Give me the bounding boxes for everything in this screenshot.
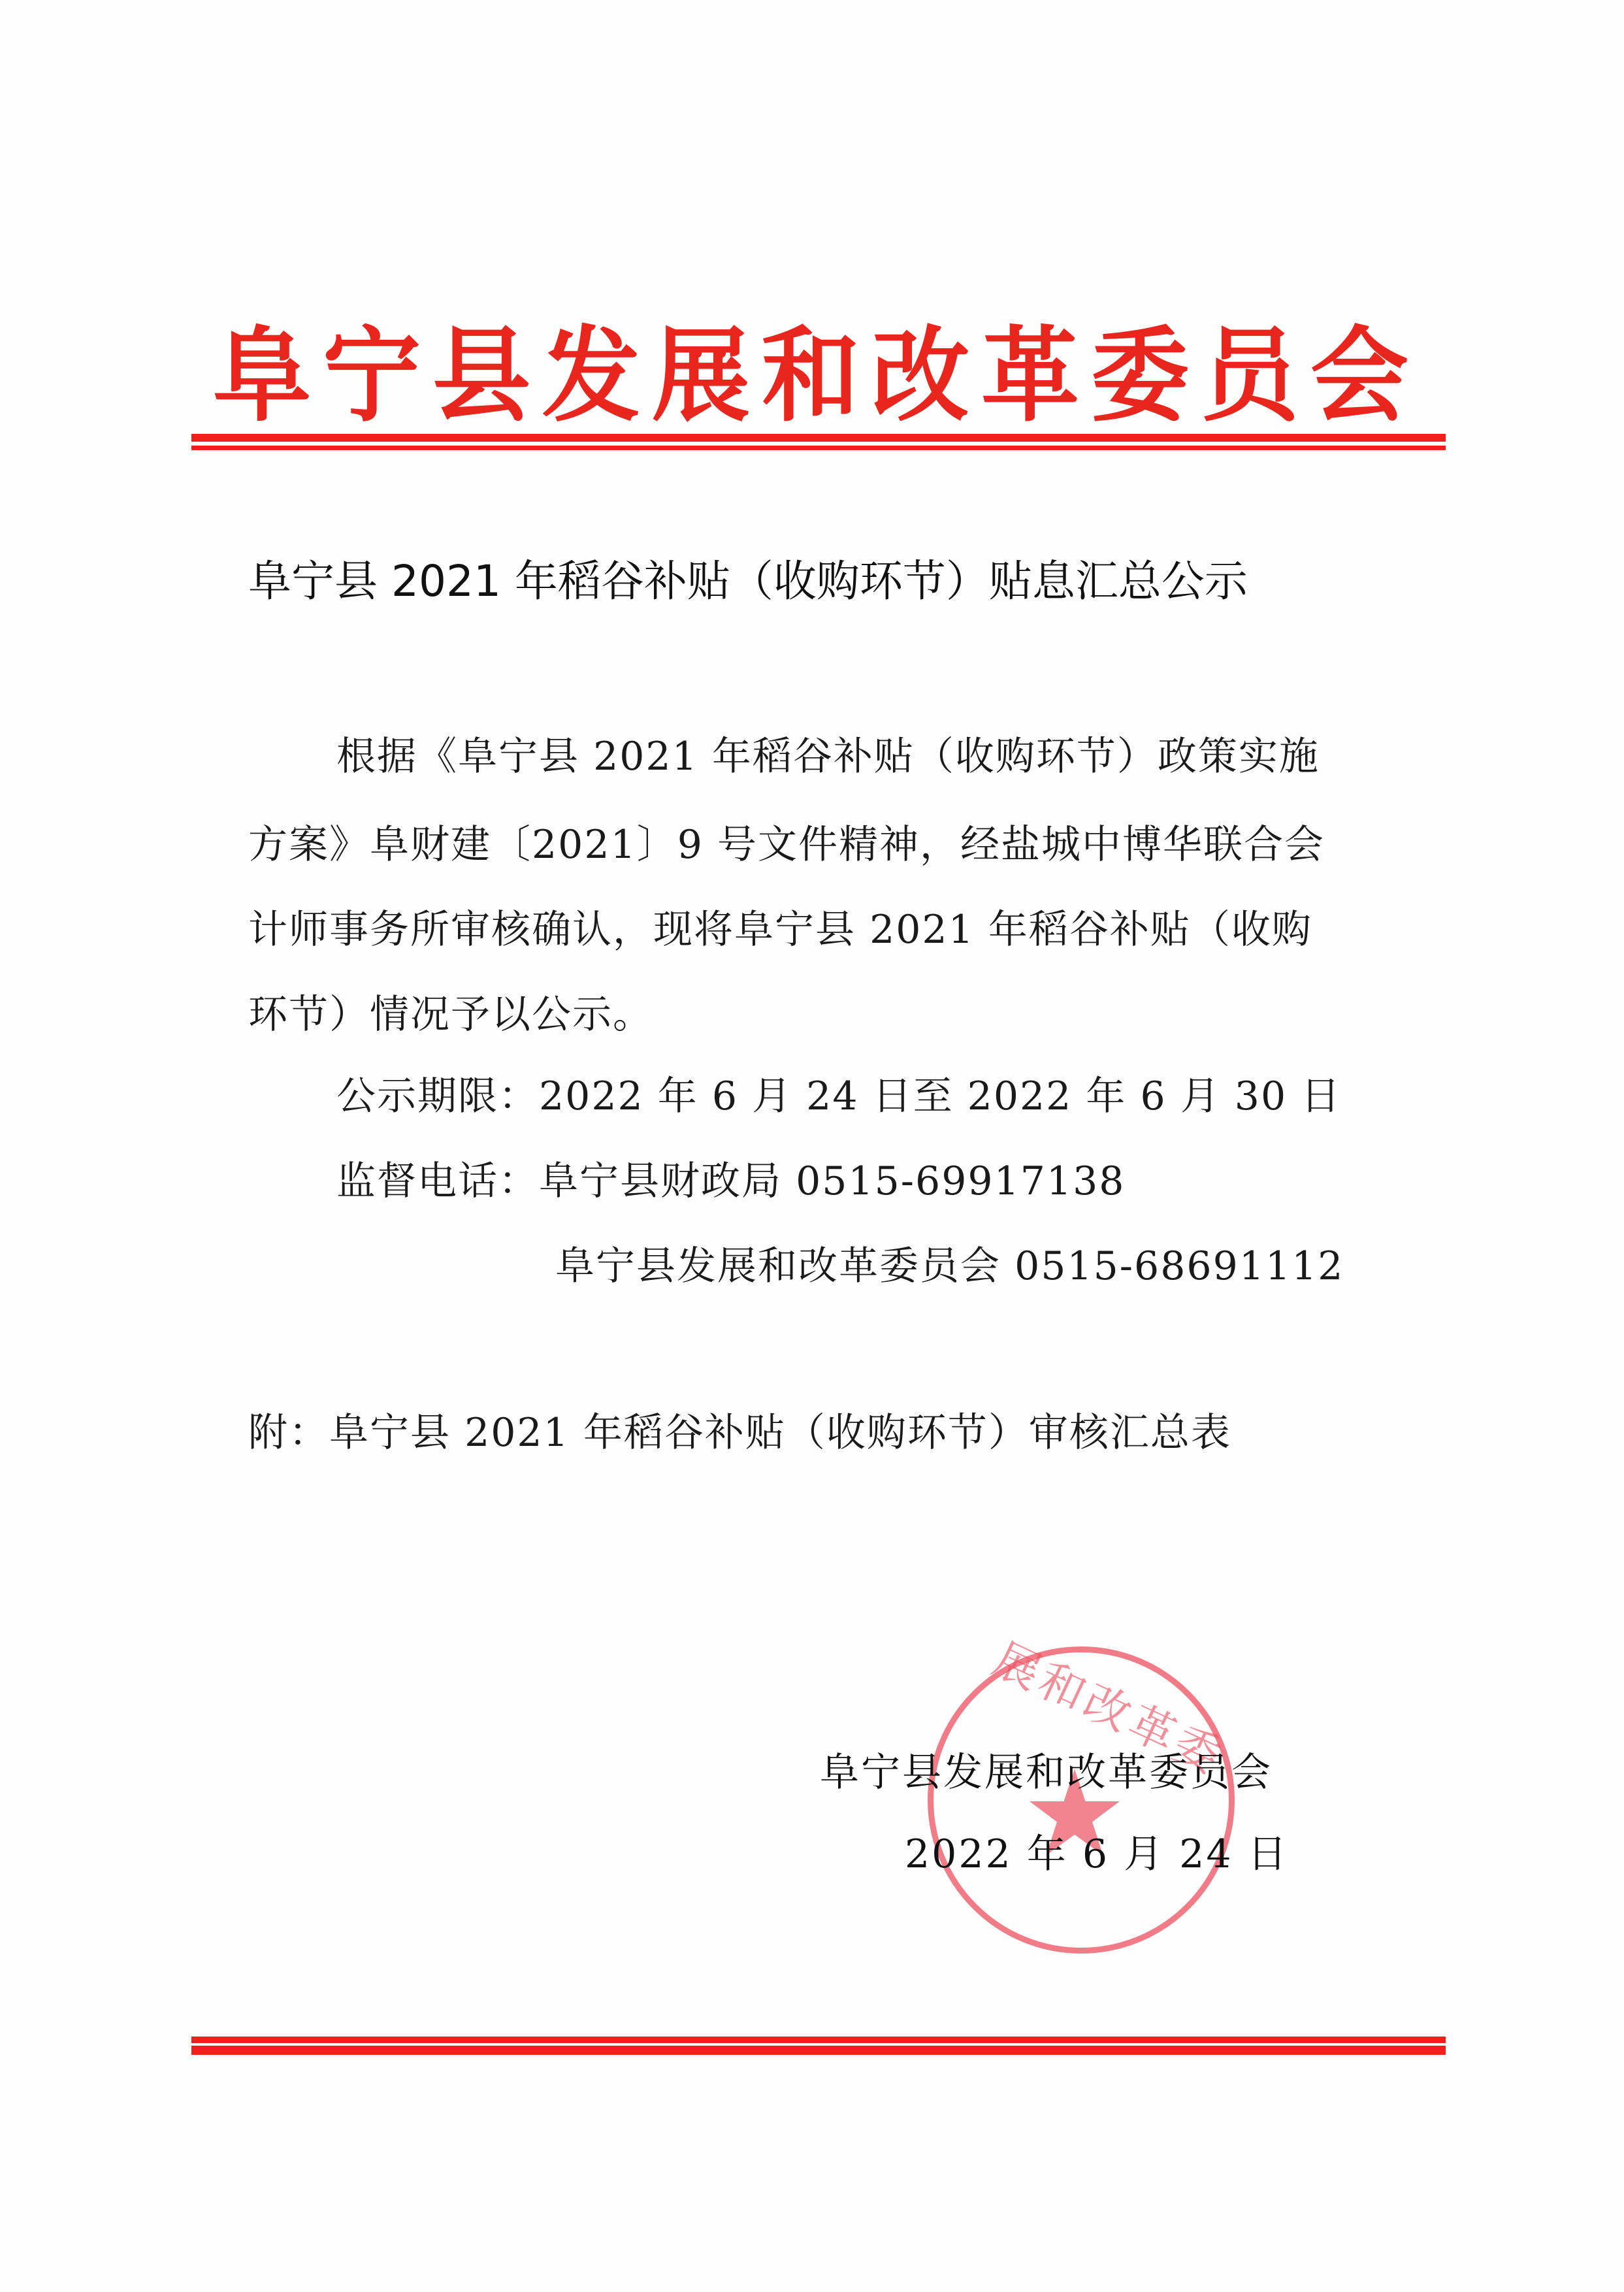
body-line-2: 方案》阜财建〔2021〕9 号文件精神，经盐城中博华联合会 bbox=[248, 813, 1325, 870]
document-title: 阜宁县 2021 年稻谷补贴（收购环节）贴息汇总公示 bbox=[248, 546, 1424, 617]
notice-period-label: 公示期限： bbox=[336, 1073, 539, 1119]
signature-date: 2022 年 6 月 24 日 bbox=[905, 1823, 1289, 1879]
document-page: 阜宁县发展和改革委员会 阜宁县 2021 年稻谷补贴（收购环节）贴息汇总公示 根… bbox=[0, 0, 1624, 2292]
footer-rule-thin bbox=[191, 2037, 1446, 2043]
body-line-4: 环节）情况予以公示。 bbox=[248, 983, 653, 1040]
body-line-3: 计师事务所审核确认，现将阜宁县 2021 年稻谷补贴（收购 bbox=[248, 898, 1312, 955]
header-rule-thick bbox=[191, 434, 1446, 442]
notice-period: 公示期限：2022 年 6 月 24 日至 2022 年 6 月 30 日 bbox=[336, 1065, 1341, 1121]
hotline-row-1: 监督电话：阜宁县财政局 0515-69917138 bbox=[336, 1150, 1125, 1206]
hotline-phone-2: 0515-68691112 bbox=[1015, 1243, 1344, 1289]
hotline-org-2: 阜宁县发展和改革委员会 bbox=[555, 1243, 1001, 1289]
body-line-1: 根据《阜宁县 2021 年稻谷补贴（收购环节）政策实施 bbox=[336, 725, 1320, 781]
footer-rule-thick bbox=[191, 2046, 1446, 2055]
attachment-line: 附：阜宁县 2021 年稻谷补贴（收购环节）审核汇总表 bbox=[248, 1401, 1231, 1458]
notice-period-value: 2022 年 6 月 24 日至 2022 年 6 月 30 日 bbox=[539, 1073, 1341, 1119]
header-rule-thin bbox=[191, 446, 1446, 450]
signature-org: 阜宁县发展和改革委员会 bbox=[820, 1741, 1273, 1797]
hotline-phone-1: 0515-69917138 bbox=[796, 1158, 1125, 1204]
hotline-label: 监督电话： bbox=[336, 1158, 539, 1204]
hotline-row-2: 阜宁县发展和改革委员会 0515-68691112 bbox=[555, 1235, 1344, 1291]
masthead-title: 阜宁县发展和改革委员会 bbox=[196, 318, 1437, 434]
hotline-org-1: 阜宁县财政局 bbox=[539, 1158, 782, 1204]
